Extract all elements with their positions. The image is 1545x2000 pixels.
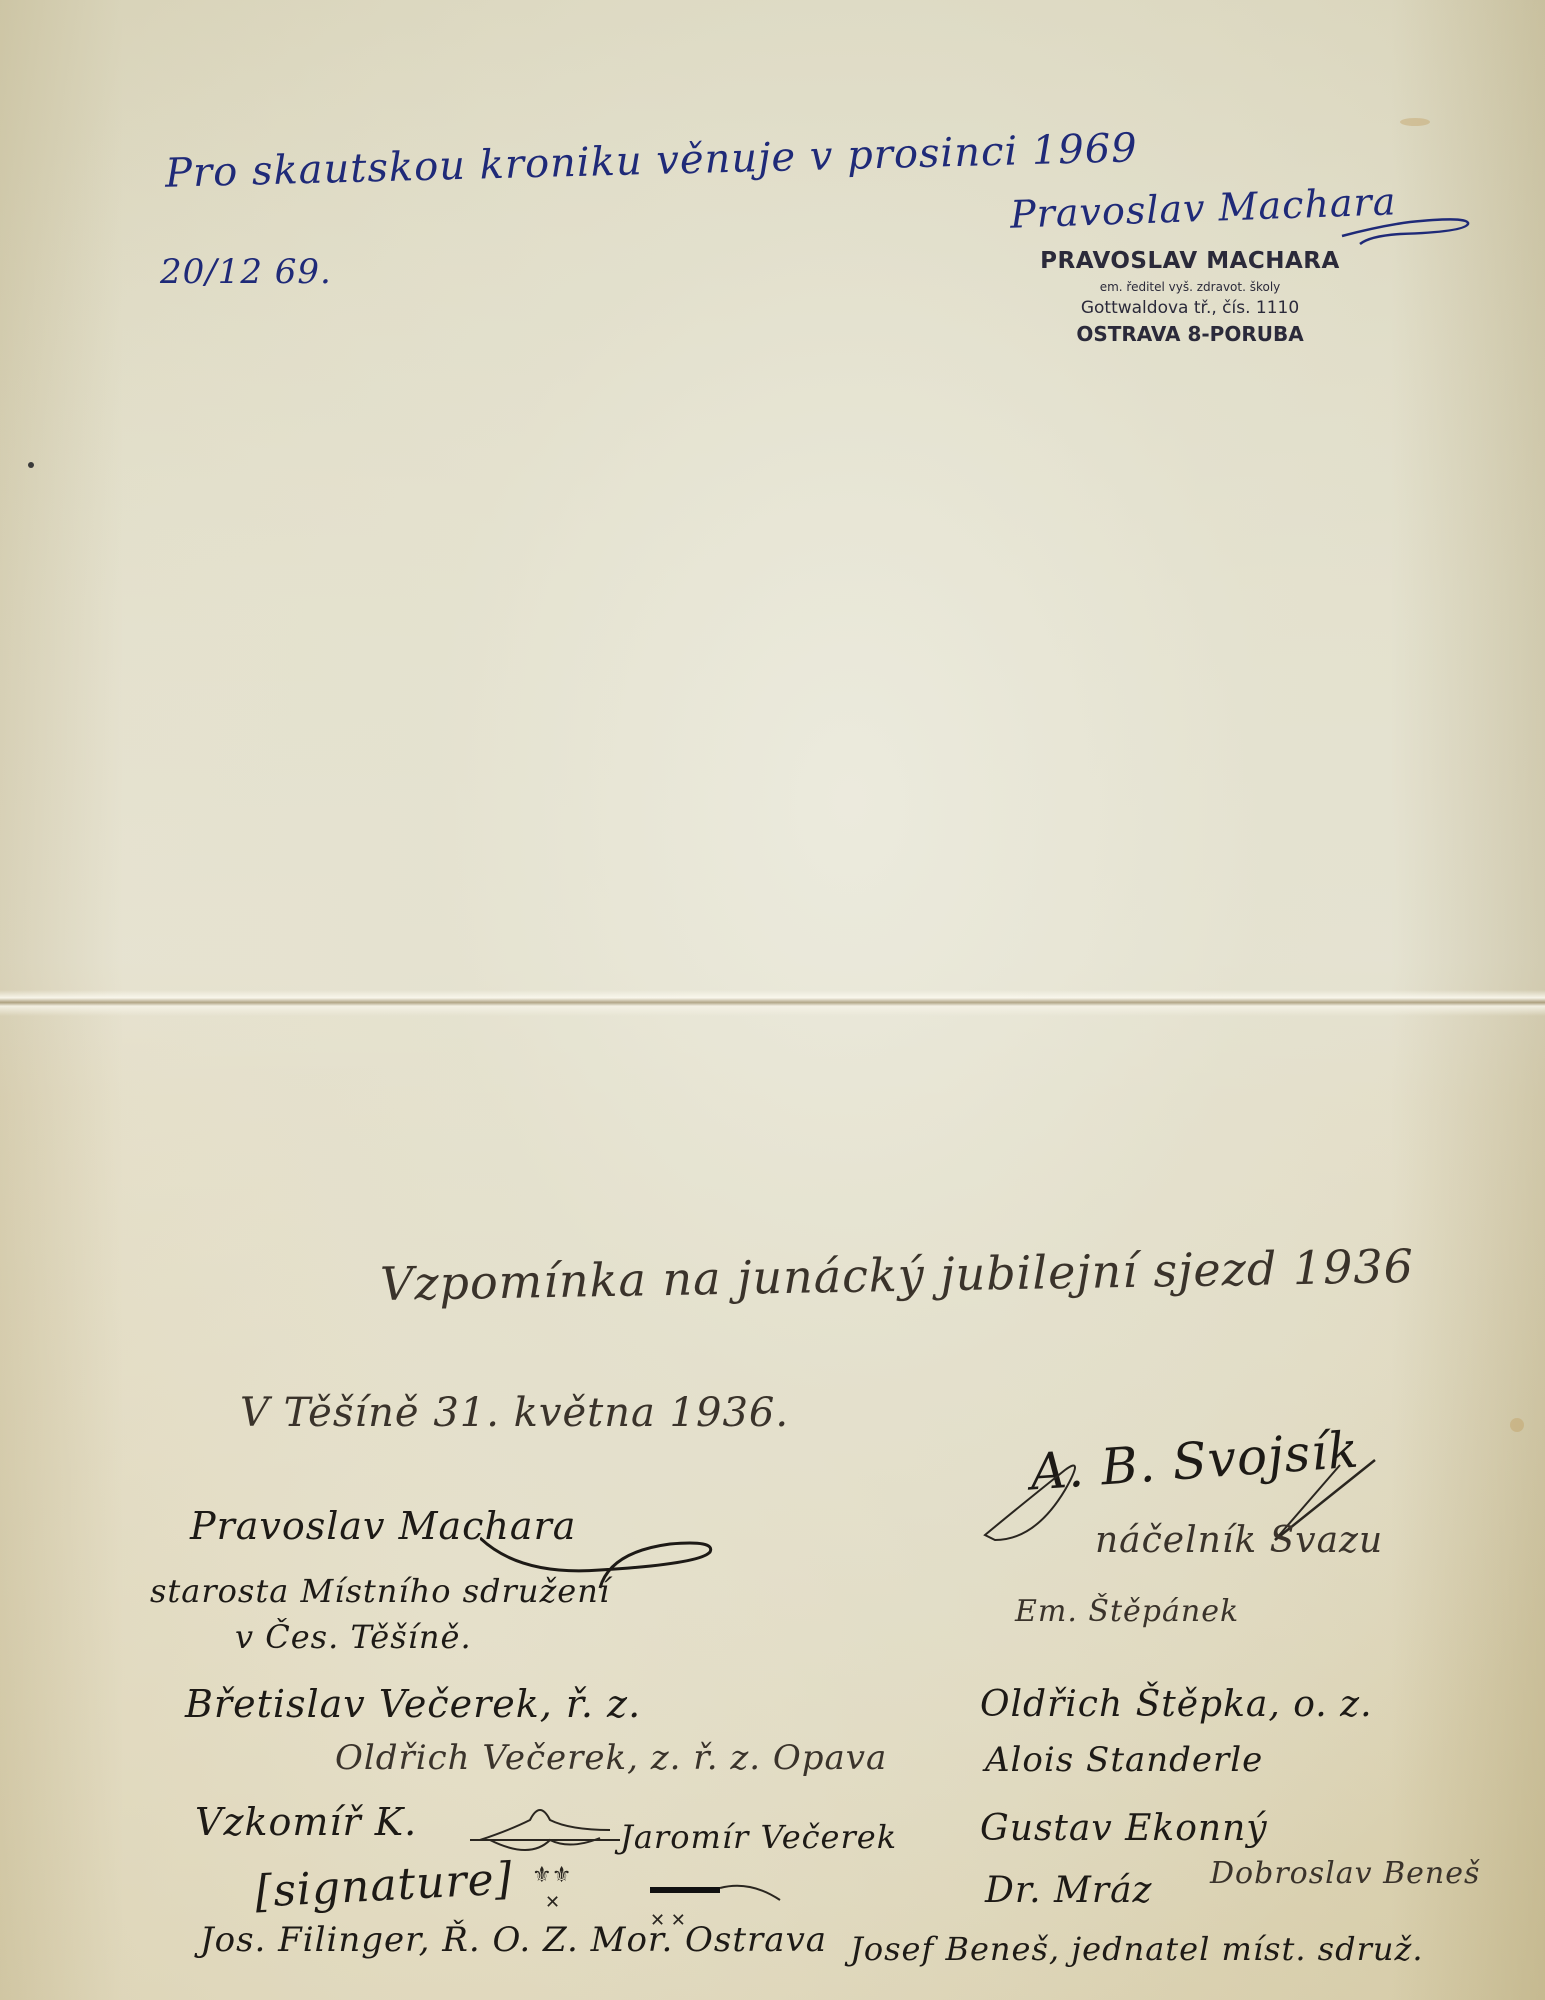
signature-right: Alois Standerle bbox=[985, 1740, 1263, 1780]
signature-left: Břetislav Večerek, ř. z. bbox=[185, 1682, 641, 1726]
ink-speck bbox=[28, 462, 34, 468]
signature-left: Oldřich Večerek, z. ř. z. Opava bbox=[335, 1738, 887, 1778]
signature-right: Dobroslav Beneš bbox=[1210, 1856, 1480, 1891]
signature-left: v Čes. Těšíně. bbox=[235, 1618, 472, 1656]
signature-right: Gustav Ekonný bbox=[980, 1808, 1268, 1849]
signature-right: Oldřich Štěpka, o. z. bbox=[980, 1684, 1373, 1725]
stamp-role: em. ředitel vyš. zdravot. školy bbox=[1040, 280, 1340, 294]
signature-right: Josef Beneš, jednatel míst. sdruž. bbox=[850, 1930, 1424, 1968]
signature-left: Pravoslav Machara bbox=[190, 1504, 576, 1548]
stamp-address: Gottwaldova tř., čís. 1110 bbox=[1040, 298, 1340, 318]
stamp-city: OSTRAVA 8-PORUBA bbox=[1040, 322, 1340, 346]
place-date: V Těšíně 31. května 1936. bbox=[240, 1390, 789, 1436]
signature-right: Dr. Mráz bbox=[985, 1870, 1153, 1911]
stamp-name: PRAVOSLAV MACHARA bbox=[1040, 248, 1340, 274]
stain-mark bbox=[1510, 1418, 1524, 1432]
paper-fold-line bbox=[0, 990, 1545, 1016]
signature-right: náčelník Svazu bbox=[1095, 1520, 1383, 1561]
signature-left: starosta Místního sdružení bbox=[150, 1572, 610, 1610]
address-stamp: PRAVOSLAV MACHARA em. ředitel vyš. zdrav… bbox=[1040, 248, 1340, 346]
dedication-date: 20/12 69. bbox=[160, 252, 332, 292]
signature-left: Jos. Filinger, Ř. O. Z. Mor. Ostrava bbox=[200, 1920, 827, 1960]
signature-right: Em. Štěpánek bbox=[1015, 1594, 1239, 1629]
signature-left: Vzkomíř K. bbox=[195, 1800, 417, 1844]
signature-left: Jaromír Večerek bbox=[620, 1818, 897, 1856]
stain-mark bbox=[1400, 118, 1430, 126]
